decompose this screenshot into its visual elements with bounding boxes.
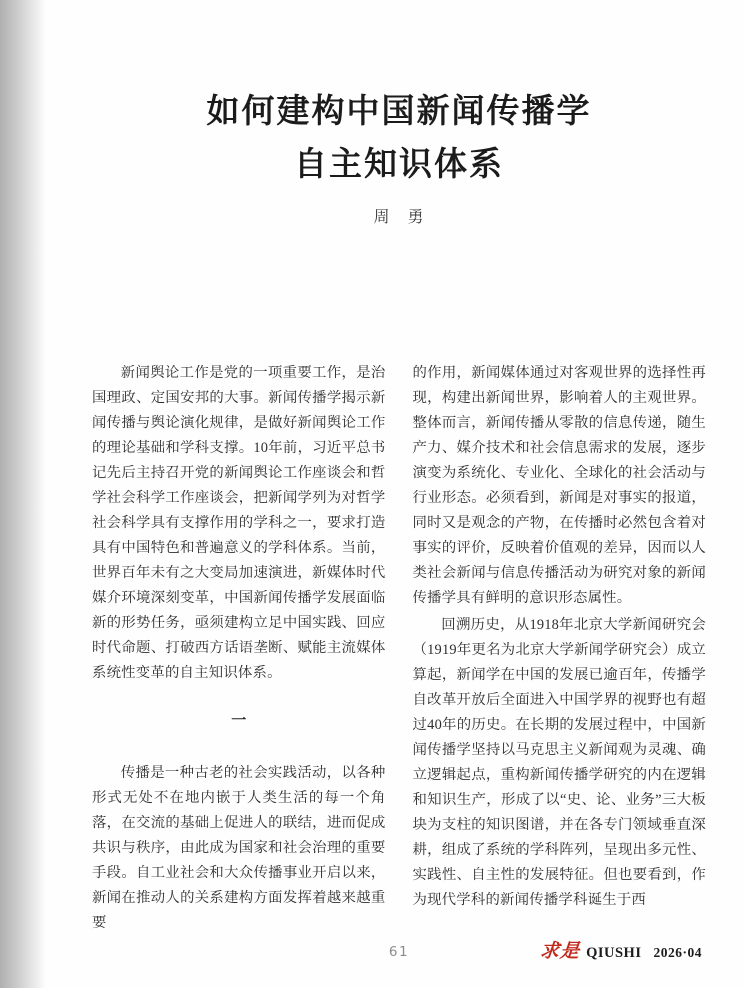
- page-number: 61: [389, 944, 409, 960]
- page-content: 如何建构中国新闻传播学 自主知识体系 周 勇 新闻舆论工作是党的一项重要工作，是…: [92, 0, 706, 988]
- body-paragraph: 的作用，新闻媒体通过对客观世界的选择性再现，构建出新闻世界，影响着人的主观世界。…: [413, 361, 707, 611]
- body-paragraph: 新闻舆论工作是党的一项重要工作，是治国理政、定国安邦的大事。新闻传播学揭示新闻传…: [92, 361, 386, 686]
- article-title-line2: 自主知识体系: [92, 137, 706, 190]
- magazine-mark: 求是 QIUSHI 2026·04: [540, 941, 702, 963]
- page-gutter-shadow: [0, 0, 46, 988]
- page-footer: 61 求是 QIUSHI 2026·04: [92, 941, 706, 967]
- qiushi-logo: 求是: [539, 941, 581, 963]
- author-name: 周 勇: [92, 204, 706, 227]
- article-title-line1: 如何建构中国新闻传播学: [92, 84, 706, 137]
- left-column: 新闻舆论工作是党的一项重要工作，是治国理政、定国安邦的大事。新闻传播学揭示新闻传…: [92, 361, 386, 936]
- body-paragraph: 传播是一种古老的社会实践活动，以各种形式无处不在地内嵌于人类生活的每一个角落，在…: [92, 761, 386, 936]
- issue-number: 2026·04: [653, 945, 702, 961]
- right-column: 的作用，新闻媒体通过对客观世界的选择性再现，构建出新闻世界，影响着人的主观世界。…: [413, 361, 707, 936]
- section-heading: 一: [92, 708, 386, 733]
- article-body: 新闻舆论工作是党的一项重要工作，是治国理政、定国安邦的大事。新闻传播学揭示新闻传…: [92, 361, 706, 936]
- article-title: 如何建构中国新闻传播学 自主知识体系: [92, 84, 706, 190]
- magazine-page: 如何建构中国新闻传播学 自主知识体系 周 勇 新闻舆论工作是党的一项重要工作，是…: [0, 0, 743, 988]
- body-paragraph: 回溯历史，从1918年北京大学新闻研究会（1919年更名为北京大学新闻学研究会）…: [413, 613, 707, 913]
- magazine-name: QIUSHI: [586, 945, 641, 962]
